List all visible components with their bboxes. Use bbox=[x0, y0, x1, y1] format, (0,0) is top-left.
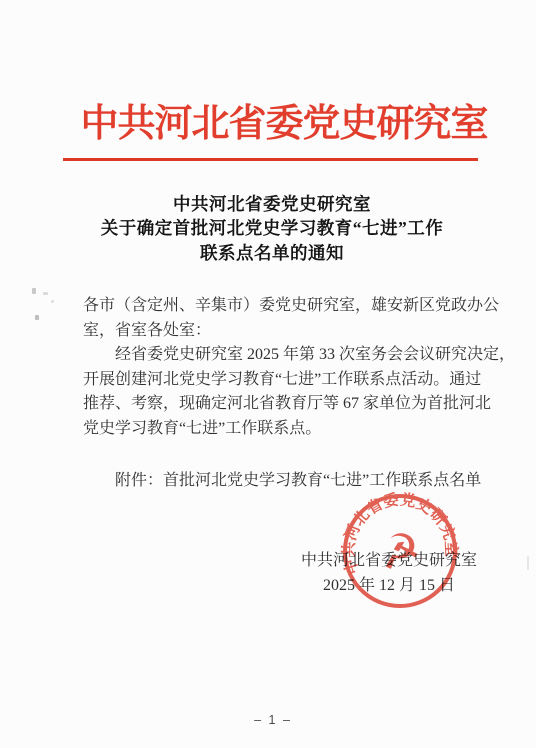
body-line: 经省委党史研究室 2025 年第 33 次室务会会议研究决定， bbox=[83, 343, 507, 368]
body-paragraphs: 各市（含定州、辛集市）委党史研究室，雄安新区党政办公 室，省室各处室： 经省委党… bbox=[83, 294, 507, 442]
title-line-1: 中共河北省委党史研究室 bbox=[4, 192, 536, 216]
letterhead-divider bbox=[63, 158, 478, 161]
body-line: 开展创建河北党史学习教育“七进”工作联系点活动。通过 bbox=[83, 368, 507, 393]
document-page: 中共河北省委党史研究室 中共河北省委党史研究室 关于确定首批河北党史学习教育“七… bbox=[0, 0, 536, 748]
body-line: 推荐、考察，现确定河北省教育厅等 67 家单位为首批河北 bbox=[83, 392, 507, 417]
title-line-3: 联系点名单的通知 bbox=[4, 241, 536, 265]
scan-speckle bbox=[35, 315, 39, 320]
scan-speckle bbox=[527, 556, 529, 570]
letterhead-org-name: 中共河北省委党史研究室 bbox=[16, 100, 536, 148]
scan-speckle bbox=[32, 288, 36, 294]
document-title: 中共河北省委党史研究室 关于确定首批河北党史学习教育“七进”工作 联系点名单的通… bbox=[4, 192, 536, 265]
party-emblem-icon: ☭ bbox=[375, 523, 424, 580]
official-seal: 中共河北省委党史研究室 ☭ bbox=[319, 470, 481, 632]
body-line: 党史学习教育“七进”工作联系点。 bbox=[83, 417, 507, 442]
scan-speckle bbox=[51, 300, 54, 303]
body-line: 各市（含定州、辛集市）委党史研究室，雄安新区党政办公 bbox=[83, 294, 507, 319]
page-number: – 1 – bbox=[5, 713, 536, 727]
scan-speckle bbox=[43, 292, 48, 295]
title-line-2: 关于确定首批河北党史学习教育“七进”工作 bbox=[4, 216, 536, 240]
body-line: 室，省室各处室： bbox=[83, 319, 507, 344]
